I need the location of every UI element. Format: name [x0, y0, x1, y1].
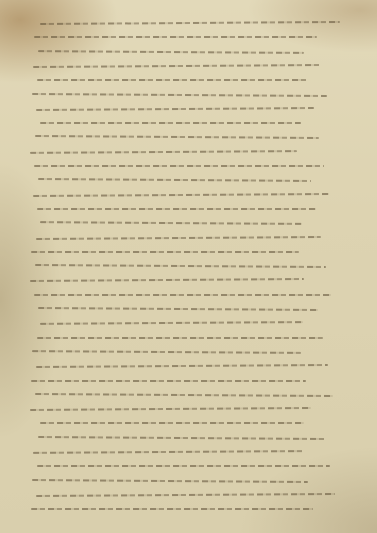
handwriting-line [35, 393, 333, 397]
handwriting-line [40, 221, 302, 225]
handwriting-line [36, 236, 321, 240]
handwriting-line [37, 79, 309, 81]
handwriting-line [32, 350, 301, 354]
handwriting-line [36, 493, 335, 497]
handwriting-line [37, 337, 323, 339]
manuscript-page [0, 0, 377, 533]
handwriting-line [37, 208, 316, 210]
handwriting-line [30, 407, 311, 411]
handwriting-line [37, 465, 330, 467]
handwriting-line [33, 193, 329, 197]
handwriting-line [40, 321, 303, 325]
handwriting-line [40, 122, 301, 124]
handwriting-line [34, 294, 331, 296]
handwriting-line [31, 380, 306, 382]
handwriting-line [35, 264, 326, 268]
handwriting-line [32, 479, 308, 483]
handwriting-lines [0, 0, 377, 533]
handwriting-line [40, 422, 304, 424]
handwriting-line [38, 178, 311, 182]
handwriting-line [36, 107, 314, 111]
handwriting-line [36, 364, 328, 368]
handwriting-line [38, 436, 325, 440]
handwriting-line [35, 135, 319, 139]
handwriting-line [32, 92, 327, 96]
handwriting-line [38, 307, 318, 311]
handwriting-line [38, 50, 304, 54]
handwriting-line [31, 251, 299, 253]
handwriting-line [30, 150, 297, 154]
handwriting-line [31, 508, 313, 510]
handwriting-line [34, 36, 317, 38]
handwriting-line [33, 64, 322, 68]
handwriting-line [33, 450, 303, 454]
handwriting-line [30, 278, 304, 282]
handwriting-line [40, 21, 340, 25]
handwriting-line [34, 165, 324, 167]
